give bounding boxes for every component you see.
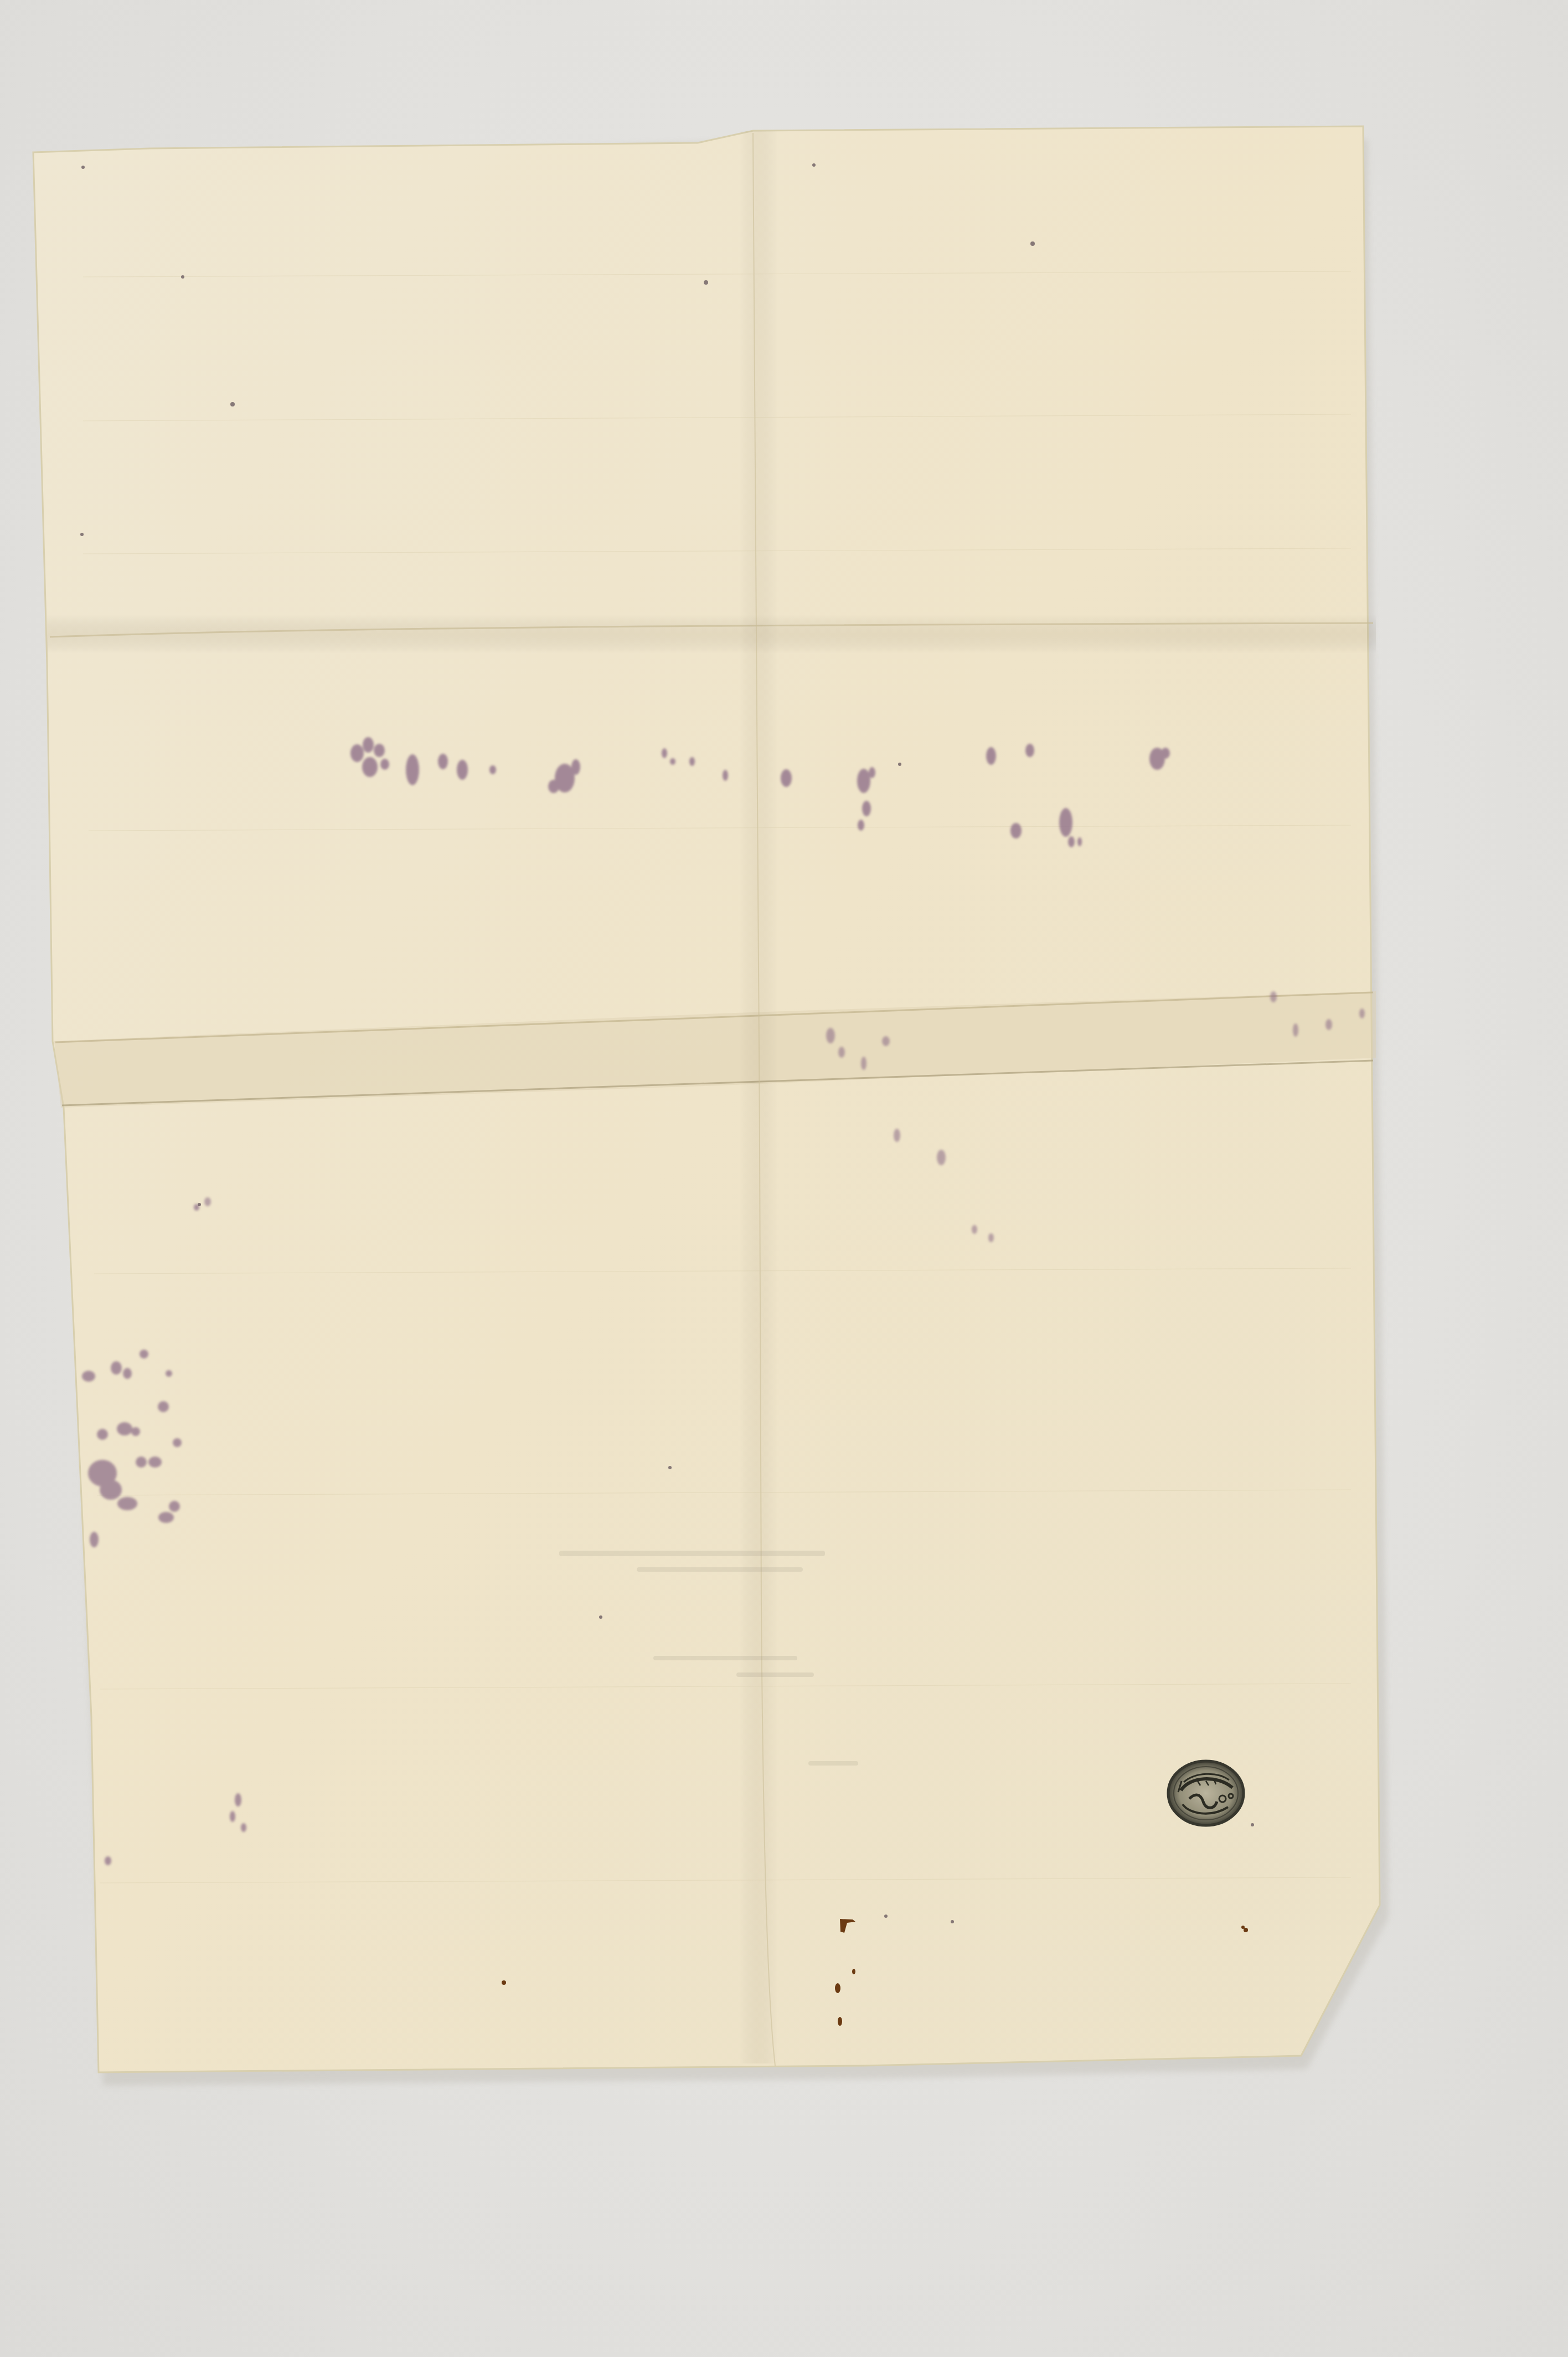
photo-background: Folded blank historical paper document w… bbox=[0, 0, 1568, 2357]
seal-stamp bbox=[1168, 1761, 1244, 1825]
fold-crease-upper bbox=[47, 615, 1376, 653]
fold-crease-vertical bbox=[739, 131, 778, 2066]
document-photo bbox=[0, 0, 1568, 2357]
